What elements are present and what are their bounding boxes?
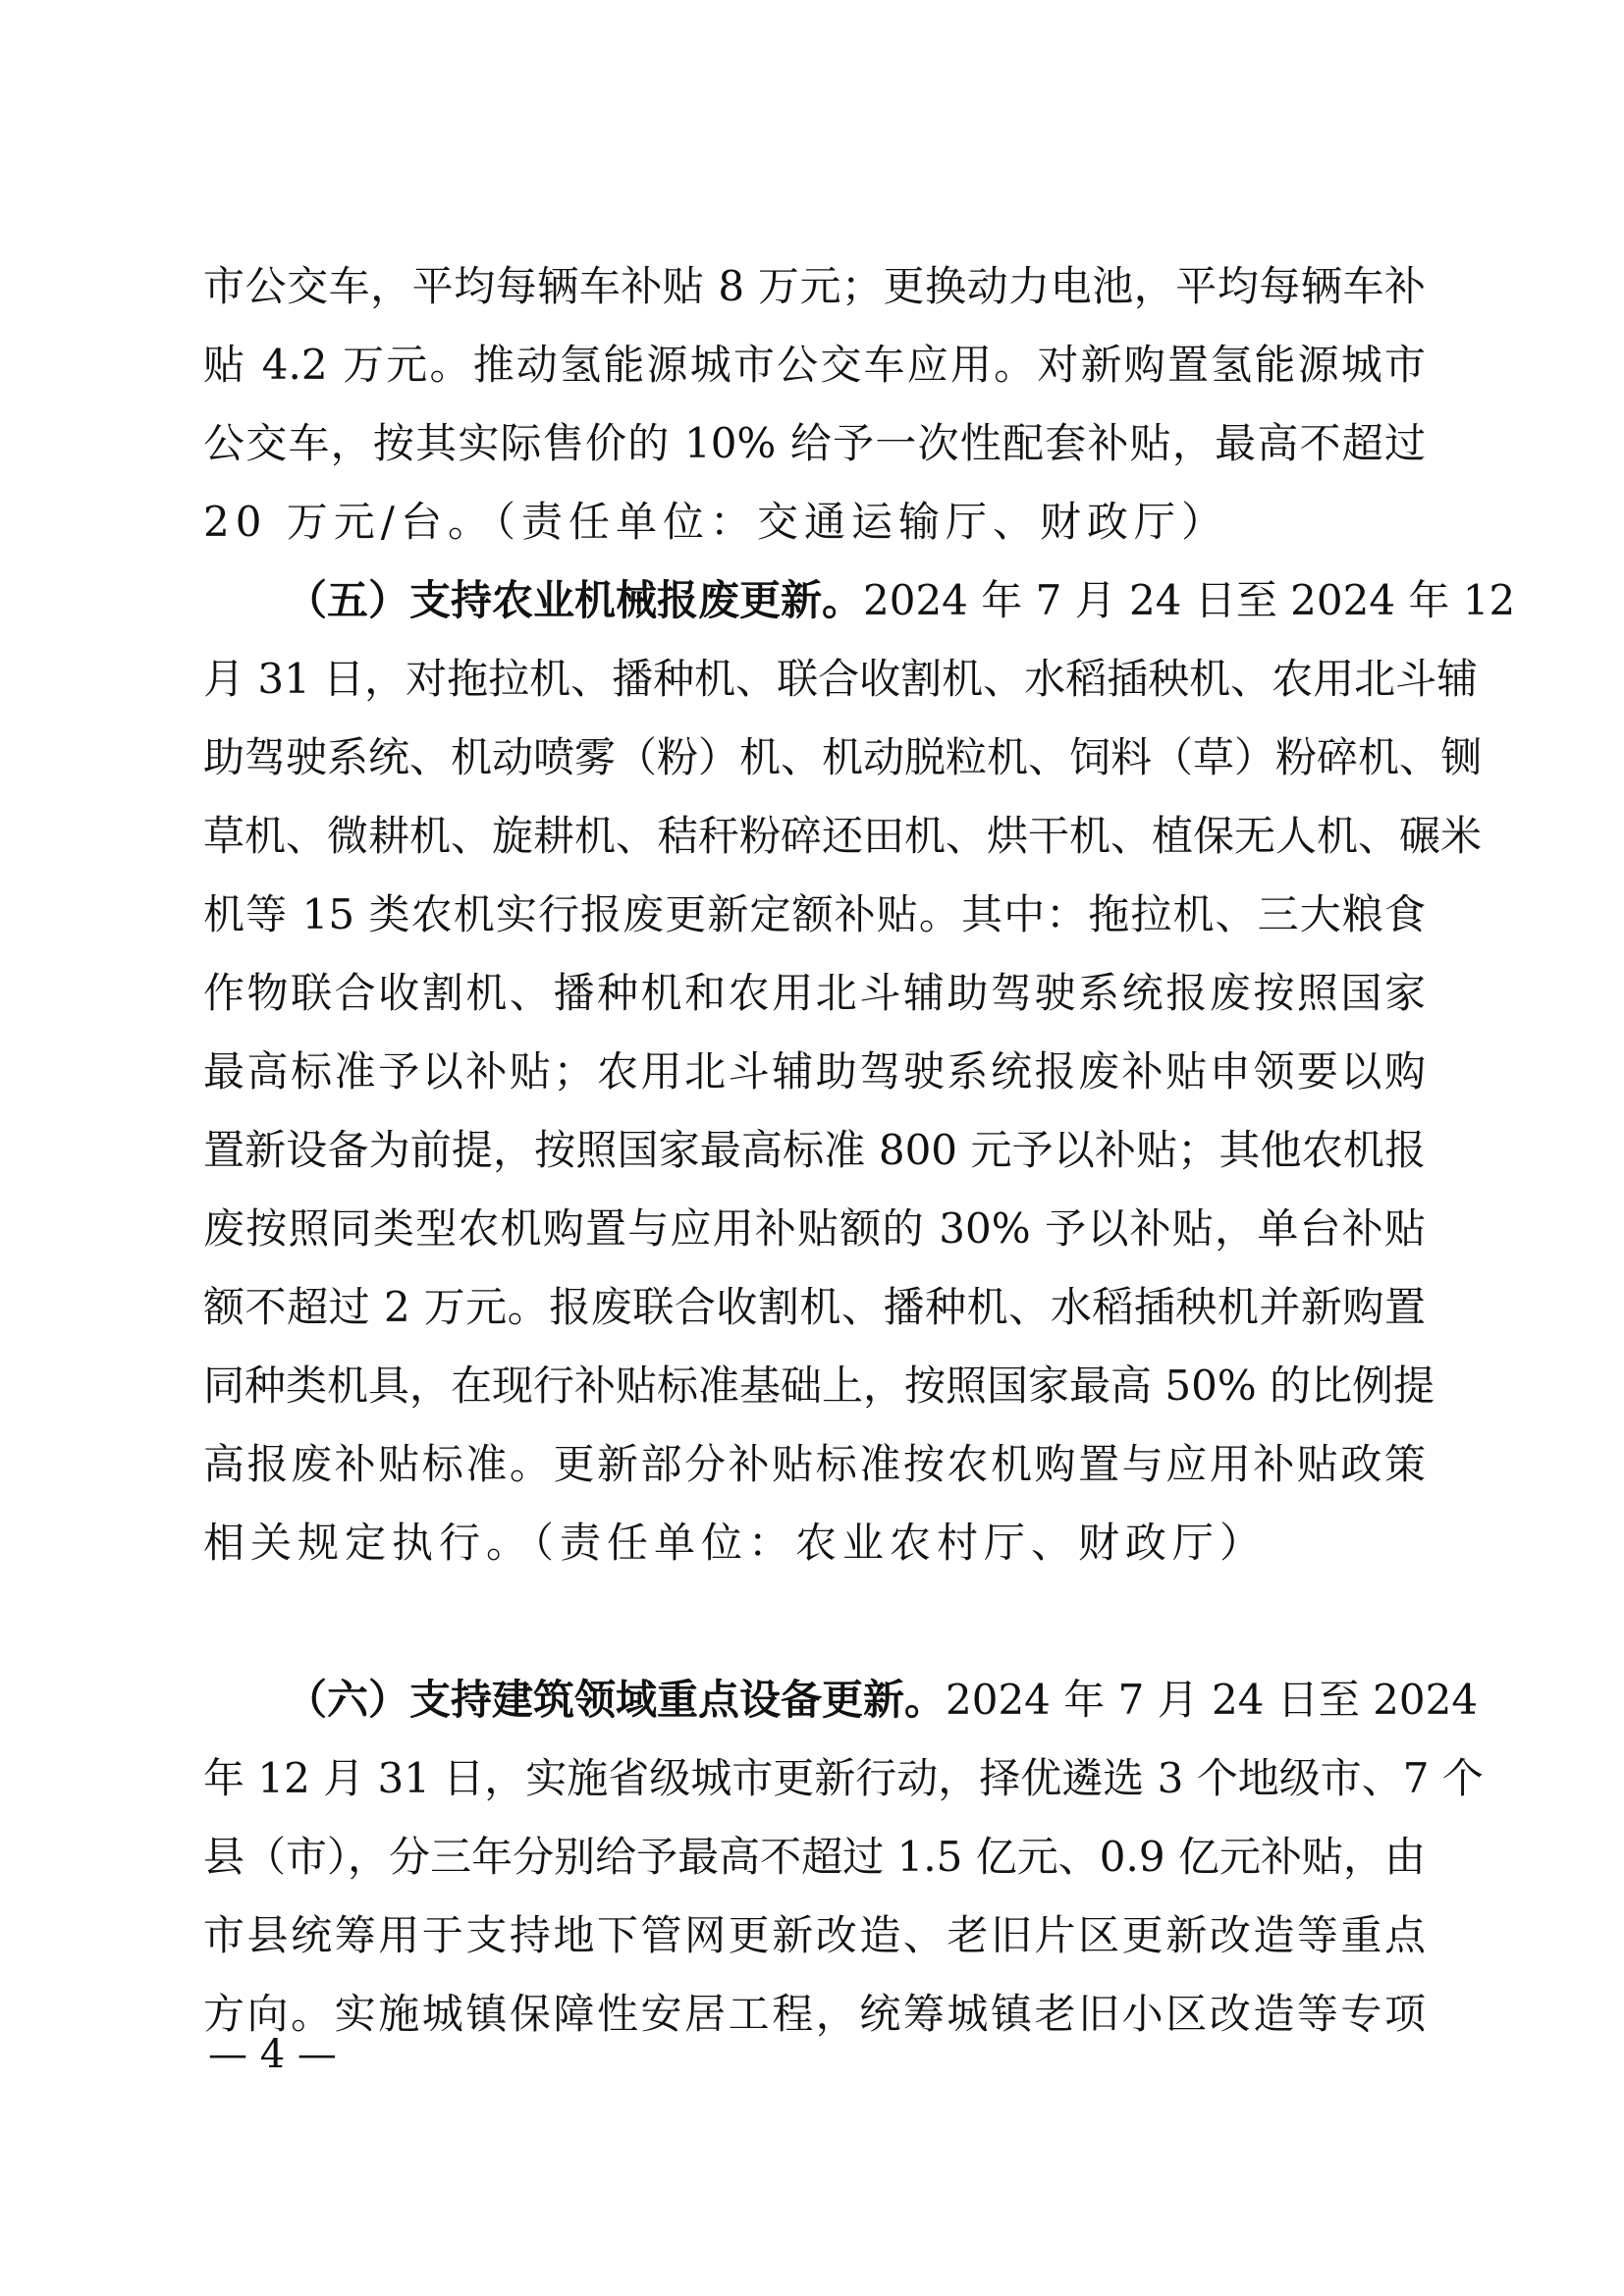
page-number: — 4 — xyxy=(208,2032,337,2077)
section-6-heading: （六）支持建筑领域重点设备更新。 xyxy=(286,1676,946,1724)
section-6-first-line: （六）支持建筑领域重点设备更新。2024 年 7 月 24 日至 2024 xyxy=(286,1671,1426,1749)
paragraph-line: 方向。实施城镇保障性安居工程，统筹城镇老旧小区改造等专项 xyxy=(203,1985,1426,2063)
paragraph-line: 同种类机具，在现行补贴标准基础上，按照国家最高 50% 的比例提 xyxy=(203,1357,1426,1435)
paragraph-line: 市县统筹用于支持地下管网更新改造、老旧片区更新改造等重点 xyxy=(203,1906,1426,1985)
section-5-first-line-text: 2024 年 7 月 24 日至 2024 年 12 xyxy=(863,576,1515,624)
paragraph-line: 月 31 日，对拖拉机、播种机、联合收割机、水稻插秧机、农用北斗辅 xyxy=(203,650,1426,728)
paragraph-line: 公交车，按其实际售价的 10% 给予一次性配套补贴，最高不超过 xyxy=(203,414,1426,493)
section-5-first-line: （五）支持农业机械报废更新。2024 年 7 月 24 日至 2024 年 12 xyxy=(286,571,1426,650)
paragraph-line: 县（市），分三年分别给予最高不超过 1.5 亿元、0.9 亿元补贴，由 xyxy=(203,1828,1426,1906)
paragraph-line: 贴 4.2 万元。推动氢能源城市公交车应用。对新购置氢能源城市 xyxy=(203,336,1426,414)
paragraph-line: 高报废补贴标准。更新部分补贴标准按农机购置与应用补贴政策 xyxy=(203,1435,1426,1514)
paragraph-line: 作物联合收割机、播种机和农用北斗辅助驾驶系统报废按照国家 xyxy=(203,964,1426,1042)
paragraph-line: 废按照同类型农机购置与应用补贴额的 30% 予以补贴，单台补贴 xyxy=(203,1200,1426,1278)
paragraph-line: 20 万元/台。（责任单位：交通运输厅、财政厅） xyxy=(203,493,1426,571)
paragraph-line: 最高标准予以补贴；农用北斗辅助驾驶系统报废补贴申领要以购 xyxy=(203,1042,1426,1121)
paragraph-line: 相关规定执行。（责任单位：农业农村厅、财政厅） xyxy=(203,1514,1426,1592)
paragraph-line: 额不超过 2 万元。报废联合收割机、播种机、水稻插秧机并新购置 xyxy=(203,1278,1426,1357)
paragraph-line: 置新设备为前提，按照国家最高标准 800 元予以补贴；其他农机报 xyxy=(203,1121,1426,1200)
paragraph-line: 机等 15 类农机实行报废更新定额补贴。其中：拖拉机、三大粮食 xyxy=(203,885,1426,964)
section-5-heading: （五）支持农业机械报废更新。 xyxy=(286,576,863,624)
section-6-first-line-text: 2024 年 7 月 24 日至 2024 xyxy=(946,1676,1478,1724)
paragraph-line: 年 12 月 31 日，实施省级城市更新行动，择优遴选 3 个地级市、7 个 xyxy=(203,1749,1426,1828)
paragraph-line: 市公交车，平均每辆车补贴 8 万元；更换动力电池，平均每辆车补 xyxy=(203,257,1426,336)
paragraph-line: 助驾驶系统、机动喷雾（粉）机、机动脱粒机、饲料（草）粉碎机、铡 xyxy=(203,728,1426,807)
paragraph-line: 草机、微耕机、旋耕机、秸秆粉碎还田机、烘干机、植保无人机、碾米 xyxy=(203,807,1426,885)
